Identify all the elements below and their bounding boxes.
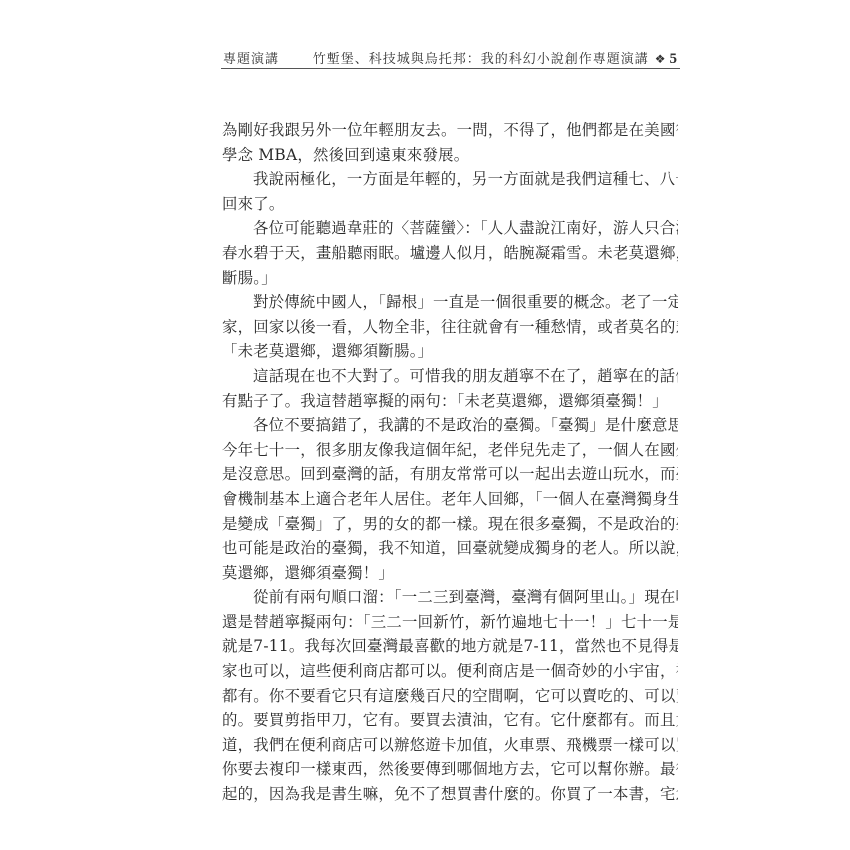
text-line: 就是7-11。我每次回臺灣最喜歡的地方就是7-11，當然也不見得是7-11，全 bbox=[222, 634, 678, 659]
ornament-icon: ❖ bbox=[655, 52, 667, 66]
text-line: 這話現在也不大對了。可惜我的朋友趙寧不在了，趙寧在的話他又可以 bbox=[222, 364, 678, 389]
text-line: 斷腸。」 bbox=[222, 266, 678, 291]
text-line: 對於傳統中國人，「歸根」一直是一個很重要的概念。老了一定要回 bbox=[222, 290, 678, 315]
text-line: 會機制基本上適合老年人居住。老年人回鄉，「一個人在臺灣獨身生活」，就 bbox=[222, 487, 678, 512]
text-line: 都有。你不要看它只有這麼幾百尺的空間啊，它可以賣吃的、可以賣你要用 bbox=[222, 684, 678, 709]
text-line: 莫還鄉，還鄉須臺獨！」 bbox=[222, 561, 678, 586]
page-number: 5 bbox=[670, 51, 679, 67]
text-line: 學念 MBA，然後回到遠東來發展。 bbox=[222, 143, 678, 168]
text-line: 各位不要搞錯了，我講的不是政治的臺獨。「臺獨」是什麼意思呢？我 bbox=[222, 413, 678, 438]
chapter-title-group: 竹塹堡、科技城與烏托邦：我的科幻小說創作專題演講❖5 bbox=[313, 48, 678, 68]
text-line: 有點子了。我這替趙寧擬的兩句：「未老莫還鄉，還鄉須臺獨！」 bbox=[222, 389, 678, 414]
text-line: 從前有兩句順口溜：「一二三到臺灣，臺灣有個阿里山。」現在呢？我 bbox=[222, 585, 678, 610]
text-line: 起的，因為我是書生嘛，免不了想買書什麼的。你買了一本書，宅急便可以 bbox=[222, 782, 678, 807]
section-title: 專題演講 bbox=[223, 48, 279, 67]
text-line: 各位可能聽過韋莊的〈菩薩蠻〉：「人人盡說江南好，游人只合江南老。 bbox=[222, 216, 678, 241]
text-line: 「未老莫還鄉，還鄉須斷腸。」 bbox=[222, 339, 678, 364]
text-line: 春水碧于天，畫船聽雨眠。壚邊人似月，皓腕凝霜雪。未老莫還鄉，還鄉須 bbox=[222, 241, 678, 266]
text-line: 的。要買剪指甲刀，它有。要買去漬油，它有。它什麼都有。而且大家也知 bbox=[222, 708, 678, 733]
book-page: 專題演講 竹塹堡、科技城與烏托邦：我的科幻小說創作專題演講❖5 為剛好我跟另外一… bbox=[0, 0, 850, 850]
text-line: 還是替趙寧擬兩句：「三二一回新竹，新竹遍地七十一！」七十一是什麼？ bbox=[222, 610, 678, 635]
text-line: 回來了。 bbox=[222, 192, 678, 217]
text-line: 道，我們在便利商店可以辦悠遊卡加值，火車票、飛機票一樣可以買。甚至 bbox=[222, 733, 678, 758]
text-line: 你要去複印一樣東西，然後要傳到哪個地方去，它可以幫你辦。最後最了不 bbox=[222, 757, 678, 782]
text-line: 是變成「臺獨」了，男的女的都一樣。現在很多臺獨，不是政治的臺獨，但 bbox=[222, 512, 678, 537]
text-line: 我說兩極化，一方面是年輕的，另一方面就是我們這種七、八十歲的 bbox=[222, 167, 678, 192]
text-line: 家也可以，這些便利商店都可以。便利商店是一個奇妙的小宇宙，裡面什麼 bbox=[222, 659, 678, 684]
text-line: 為剛好我跟另外一位年輕朋友去。一問，不得了，他們都是在美國很好的大 bbox=[222, 118, 678, 143]
text-line: 也可能是政治的臺獨，我不知道，回臺就變成獨身的老人。所以說，「未老 bbox=[222, 536, 678, 561]
text-line: 家，回家以後一看，人物全非，往往就會有一種愁情，或者莫名的悲嘆： bbox=[222, 315, 678, 340]
running-head: 專題演講 竹塹堡、科技城與烏托邦：我的科幻小說創作專題演講❖5 bbox=[221, 46, 680, 69]
text-line: 是沒意思。回到臺灣的話，有朋友常常可以一起出去遊山玩水，而臺灣的社 bbox=[222, 462, 678, 487]
body-text: 為剛好我跟另外一位年輕朋友去。一問，不得了，他們都是在美國很好的大學念 MBA，… bbox=[222, 118, 678, 807]
text-line: 今年七十一，很多朋友像我這個年紀，老伴兒先走了，一個人在國外待實在 bbox=[222, 438, 678, 463]
chapter-title: 竹塹堡、科技城與烏托邦：我的科幻小說創作專題演講 bbox=[313, 52, 649, 67]
